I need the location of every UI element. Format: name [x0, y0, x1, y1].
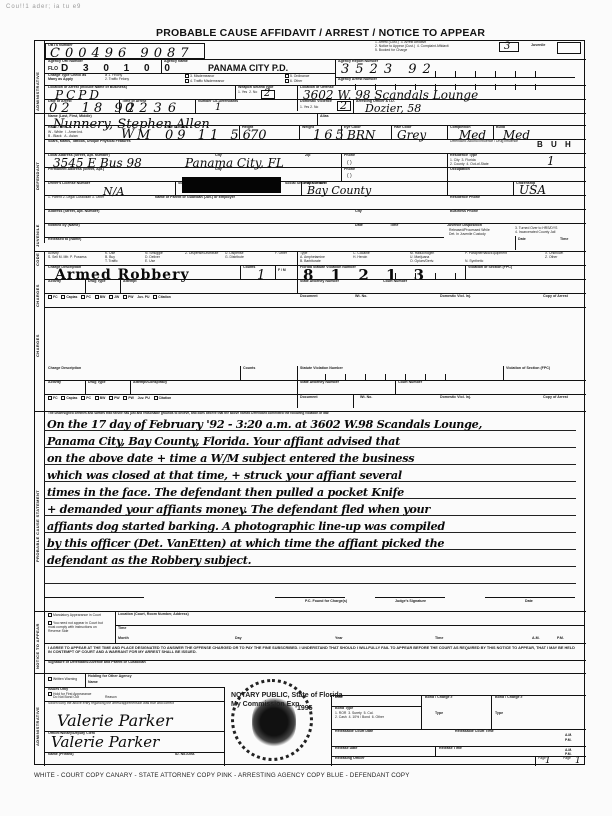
divider	[224, 687, 225, 766]
narrative-line-4[interactable]: which was closed at that time, + struck …	[47, 468, 402, 482]
divider	[44, 167, 586, 168]
section-label-charges-2: CHARGES	[35, 331, 44, 361]
juv-city-label: City	[355, 210, 362, 214]
dob[interactable]: 09 11 56	[165, 129, 255, 142]
charge2-sa-label: State Attorney Number	[300, 381, 339, 385]
influence-codes[interactable]: B U H	[537, 140, 574, 149]
narrative-line-3[interactable]: on the above date + time a W/M subject e…	[47, 451, 414, 465]
charge-type-other[interactable]: 5. Ordinance6. Other	[285, 74, 309, 84]
residence-phone-label: Residence Phone	[450, 196, 480, 200]
charge2-copy-label: Copy of Arrest	[543, 396, 568, 400]
narrative-line-7[interactable]: affiants dog started barking. A photogra…	[47, 519, 445, 533]
section-label-admin-bottom: ADMINISTRATIVE	[35, 701, 44, 751]
divider	[44, 643, 586, 644]
section-label-admin: ADMINISTRATIVE	[35, 49, 44, 134]
divider	[447, 125, 448, 139]
divider	[331, 695, 586, 696]
phone-value-2[interactable]: ( )	[347, 174, 352, 180]
reason-label: Reason	[105, 696, 117, 700]
narrative-preamble: The undersigned certifies and swears tha…	[48, 412, 329, 416]
notary-text: NOTARY PUBLIC, State of Florida	[231, 692, 343, 699]
commission-text: My Commission Exp.	[231, 701, 301, 708]
type-o: O. Opium/Deriv.	[410, 260, 434, 264]
section-label-narrative: PROBABLE CAUSE STATEMENT	[35, 471, 44, 581]
charge-type-felony[interactable]: X 1. Felony2. Traffic Felony	[105, 74, 129, 82]
divider	[341, 125, 342, 139]
charge1-document-label: Document	[300, 295, 318, 299]
agency-name: PANAMA CITY P.D.	[208, 63, 288, 73]
juv-time-label: Time	[390, 224, 398, 228]
divider	[119, 99, 120, 113]
agency-ori-prefix: FLO	[48, 67, 58, 73]
juv-time-label-2: Time	[560, 238, 568, 242]
type-h: H. Heroin	[353, 256, 367, 260]
divider	[44, 223, 586, 224]
holding-name-label: Name	[88, 681, 98, 685]
divider	[391, 125, 392, 139]
divider	[239, 125, 240, 139]
arrest-form: ADMINISTRATIVE OBTS Number C00496 9087 1…	[34, 40, 585, 765]
code-t: T. Traffic	[105, 260, 118, 264]
agency-arrest-label: Agency Arrest Number	[338, 78, 377, 82]
narrative-line-6[interactable]: + demanded your affiants money. The defe…	[47, 502, 430, 516]
domestic-value[interactable]: 2	[340, 100, 347, 111]
juv-date-label: Date	[355, 224, 363, 228]
code-f: F. Other	[275, 252, 287, 256]
scars-label: Scars, Marks, Tattoos, Unique Physical F…	[48, 140, 131, 144]
page-total: 1	[575, 757, 581, 766]
divider	[130, 380, 131, 394]
nta-day-label: Day	[235, 637, 242, 641]
signature-line	[485, 597, 575, 598]
juvenile-label: Juvenile	[531, 44, 545, 48]
section-label-charges: CHARGES	[35, 281, 44, 311]
divider	[503, 366, 504, 380]
charge1-fm[interactable]: F / M	[278, 269, 286, 273]
divider	[44, 59, 335, 60]
admin-date-label: Date	[335, 696, 343, 700]
divider	[515, 236, 516, 250]
nta-am-label[interactable]: A.M.	[532, 637, 540, 641]
residence-type-value[interactable]: 1	[547, 155, 555, 167]
judge-signature-label: Judge's Signature	[395, 600, 426, 604]
holding-label: Holding for Other Agency	[88, 675, 132, 679]
name-printed-label: Name (Printed)	[48, 753, 74, 757]
divider	[85, 380, 86, 394]
section-label-juvenile: JUVENILE	[35, 216, 44, 256]
type-label-1: Type	[435, 712, 443, 716]
juv-date-label-2: Date	[518, 238, 526, 242]
divider	[301, 181, 302, 195]
charge-type-label: Charge Type Check as Many as Apply	[48, 74, 88, 82]
type-z: Z. Other	[545, 256, 557, 260]
divider	[353, 394, 354, 408]
notified-label: Notified by (Name)	[48, 224, 80, 228]
weapon-value[interactable]: 2	[264, 89, 270, 99]
charge2-activity-label: Activity	[48, 381, 61, 385]
charge1-activity-label: Activity	[48, 280, 61, 284]
report-type-value[interactable]: 3	[504, 42, 510, 52]
code-z: Z. Dispense/Distribute	[185, 252, 218, 256]
charge1-domestic-label: Domestic Viol. Inj.	[440, 295, 471, 299]
charge1-counts-label: Counts	[243, 266, 255, 270]
divider	[465, 265, 466, 279]
code-e: E. Use	[145, 260, 155, 264]
alias-label: Alias	[320, 115, 329, 119]
narrative-line-5[interactable]: times in the face. The defendant then pu…	[47, 485, 404, 499]
section-divider	[35, 113, 586, 114]
divider	[275, 265, 276, 279]
pc-found-label: P.C. Found for Charge(s)	[305, 600, 347, 604]
defendant-signature-label: Signature of Defendant/Juvenile and Pare…	[48, 661, 146, 665]
divider	[299, 125, 300, 139]
section-label-defendant: DEFENDANT	[35, 141, 44, 211]
code-g: G. Distribute	[225, 256, 244, 260]
pc-date-label: Date	[525, 600, 533, 604]
release-time-label: Release Time	[439, 747, 462, 751]
divider	[44, 195, 586, 196]
divider	[175, 181, 176, 195]
release-date-label: Release Date	[335, 747, 357, 751]
nta-month-label: Month	[118, 637, 129, 641]
city-label-2: City	[215, 168, 222, 172]
officer-printed-name[interactable]: Valerie Parker	[51, 735, 159, 750]
divider	[317, 113, 318, 125]
nta-mandatory[interactable]: Mandatory Appearance in Court	[48, 613, 108, 618]
bond-options: 1. ROR 3. Surety 5. Cal. 2. Cash 4. 10% …	[335, 712, 384, 720]
court-pm[interactable]: P.M.	[565, 739, 572, 743]
agency-name-label: Agency Name	[164, 60, 188, 64]
sworn-signature[interactable]: Valerie Parker	[57, 713, 173, 729]
charge1-checkboxes[interactable]: FC Capias PC BW JW PW Juv. PU Citation	[48, 295, 171, 300]
released-label: Released to (Name)	[48, 238, 81, 242]
charge2-statute-label: Statute Violation Number	[300, 367, 343, 371]
occupation-label: Occupation	[450, 168, 470, 172]
charge1-warrant-label: Wt. No.	[355, 295, 367, 299]
weapon-options: 1. Yes 2. No	[238, 91, 257, 95]
scan-header-noise: Cou!!1 ader; ia tu e9	[6, 4, 81, 10]
page-of-label: Page	[563, 757, 571, 761]
bond-charge-label: Bond / Charge #	[425, 696, 453, 700]
disposition-options-right: 3. Turned Over to HRS/DYS 4. Incarcerate…	[515, 227, 557, 235]
left-divider	[44, 611, 45, 681]
residence-type-options: 1. City 3. Florida 2. County 4. Out-of-S…	[450, 159, 489, 167]
form-title: PROBABLE CAUSE AFFIDAVIT / ARREST / NOTI…	[156, 27, 485, 39]
narrative-line-9[interactable]: defendant as the Robbery subject.	[47, 553, 251, 567]
sworn-label: Sworn to/by the above entry regarding th…	[48, 702, 198, 706]
nta-agreement: I AGREE TO APPEAR AT THE TIME AND PLACE …	[48, 646, 578, 655]
perm-address-label: Permanent Address (Street, Apt.)	[48, 168, 104, 172]
signature-line	[375, 597, 445, 598]
divider	[297, 394, 298, 408]
divider	[535, 756, 536, 766]
signature-line	[44, 597, 144, 598]
divider	[297, 251, 298, 265]
disposition-options: Released/Processed While Det. In Juvenil…	[449, 229, 490, 237]
divider	[115, 625, 585, 626]
divider	[493, 125, 494, 139]
charge1-court-label: Court Number	[383, 280, 407, 284]
nta-location-label: Location (Court, Room Number, Address)	[118, 613, 189, 617]
divider	[120, 279, 121, 293]
narrative-line-2[interactable]: Panama City, Bay County, Florida. Your a…	[47, 434, 400, 448]
charge1-copy-label: Copy of Arrest	[543, 295, 568, 299]
divider	[44, 687, 224, 688]
employer-label: Name of Parent or Guardian (Juv.) or Emp…	[155, 196, 235, 200]
divider	[85, 279, 86, 293]
sex[interactable]: M	[137, 129, 150, 142]
phone-label-2: Phone	[344, 168, 355, 172]
type-p: P. Paraphernalia/Equipment	[465, 252, 507, 256]
nta-pm-label[interactable]: P.M.	[557, 637, 564, 641]
charge2-domestic-label: Domestic Viol. Inj.	[440, 396, 471, 400]
left-divider	[44, 411, 45, 611]
charge2-drug-label: Drug Type	[88, 381, 106, 385]
affidavit-page: Cou!!1 ader; ia tu e9 PROBABLE CAUSE AFF…	[0, 0, 612, 816]
divider	[435, 746, 436, 756]
ssn-redacted	[182, 177, 281, 193]
divider	[85, 673, 86, 687]
section-divider	[44, 307, 586, 308]
divider	[161, 59, 162, 73]
nta-need-not[interactable]: You need not appear in Court but must co…	[48, 621, 108, 634]
type-label-2: Type	[495, 712, 503, 716]
narrative-line-1[interactable]: On the 17 day of February '92 - 3:20 a.m…	[47, 417, 482, 431]
charge2-attempt-label: Attempt/Conspiracy	[133, 381, 167, 385]
divider	[235, 85, 236, 99]
divider	[44, 237, 444, 238]
divider	[491, 695, 492, 729]
charge1-drug-label: Drug Type	[88, 280, 106, 284]
charge2-desc-label: Charge Description	[48, 367, 81, 371]
copy-distribution-footer: WHITE - COURT COPY CANARY - STATE ATTORN…	[34, 772, 410, 779]
written-warning[interactable]: Written Warning	[48, 677, 77, 682]
bond-charge2-label: Bond / Charge #	[495, 696, 523, 700]
divider	[513, 181, 514, 195]
business-phone-label: Business Phone	[450, 210, 478, 214]
phone-label: Phone	[344, 154, 355, 158]
charge2-document-label: Document	[300, 396, 318, 400]
activity-options: S. Sell M. Mfr. P. Possess	[48, 256, 88, 260]
height[interactable]: 70	[250, 129, 267, 142]
parent-options: 1. Parent 2. Legal Custodian 3. Other	[48, 196, 104, 200]
zip-label: Zip	[305, 154, 310, 158]
court-time-label: Releasable Court Time	[455, 730, 494, 734]
charge2-checkboxes[interactable]: FC Capias PC BW PW PW Juv. PU Citation	[48, 396, 171, 401]
divider	[421, 695, 422, 729]
race-options: W - White I - Amer.Ind. B - Black A - As…	[48, 131, 83, 139]
charge2-warrant-label: Wt. No.	[360, 396, 372, 400]
divider	[297, 85, 298, 111]
domestic-options: 1. Yes 2. No	[300, 106, 318, 110]
divider	[115, 611, 116, 643]
divider	[195, 99, 196, 113]
divider	[335, 59, 336, 85]
do-not-bond: Do Not Bond Out	[53, 696, 79, 700]
charge2-counts-label: Counts	[243, 367, 255, 371]
type-b: B. Barbiturate	[300, 260, 321, 264]
divider	[44, 153, 586, 154]
nta-year-label: Year	[335, 637, 343, 641]
divider	[44, 209, 586, 210]
charge1-counts[interactable]: 1	[257, 269, 265, 282]
divider	[44, 99, 297, 100]
domestic-label: Domestic Violence	[300, 100, 332, 104]
divider	[353, 99, 354, 113]
agency-report-number[interactable]: 3523 92	[341, 63, 437, 76]
divider	[395, 380, 396, 394]
charge2-violation-label: Violation of Section (FPC)	[506, 367, 550, 371]
influence-label: Defendant: Alcohol Influence / Drug Infl…	[450, 140, 530, 144]
charge1-attempt-label: Attempt	[123, 280, 137, 284]
divider	[240, 265, 241, 279]
narrative-line-8[interactable]: by this officer (Det. VanEtten) at which…	[47, 536, 444, 550]
section-label-code: CODE	[35, 252, 44, 266]
type-n: N. Synthetic	[465, 260, 483, 264]
phone-value[interactable]: ( )	[347, 161, 352, 167]
nta-time-label: Time	[118, 627, 126, 631]
section-label-nta: NOTICE TO APPEAR	[35, 616, 44, 676]
divider	[447, 153, 448, 195]
releasing-officer-label: Releasing Officer	[335, 757, 365, 761]
commission-year: 1995	[297, 705, 313, 712]
signature-line	[275, 597, 345, 598]
co-defendants[interactable]: 1	[215, 103, 221, 113]
page-value: 1	[545, 757, 551, 766]
juv-address-label: Address (Street, Apt. Number)	[48, 210, 99, 214]
juvenile-box[interactable]	[557, 42, 581, 54]
nta-time2-label: Time	[435, 637, 443, 641]
charge1-violation-label: Violation of Section (FPC)	[468, 266, 512, 270]
charge-type-misd[interactable]: 3. Misdemeanor4. Traffic Misdemeanor	[185, 74, 224, 84]
divider	[240, 366, 241, 380]
charge2-court-label: Court Number	[398, 381, 422, 385]
court-date-label: Releasable Court Date	[335, 730, 373, 734]
dl-label: Driver's License Number	[48, 182, 90, 186]
id-label: ID. No./Dist.	[175, 753, 195, 757]
charge1-sa-label: State Attorney Number	[300, 280, 339, 284]
report-type-options: 1. Arrest (Cust.) 3. Arrest Affidavit 2.…	[375, 41, 449, 53]
